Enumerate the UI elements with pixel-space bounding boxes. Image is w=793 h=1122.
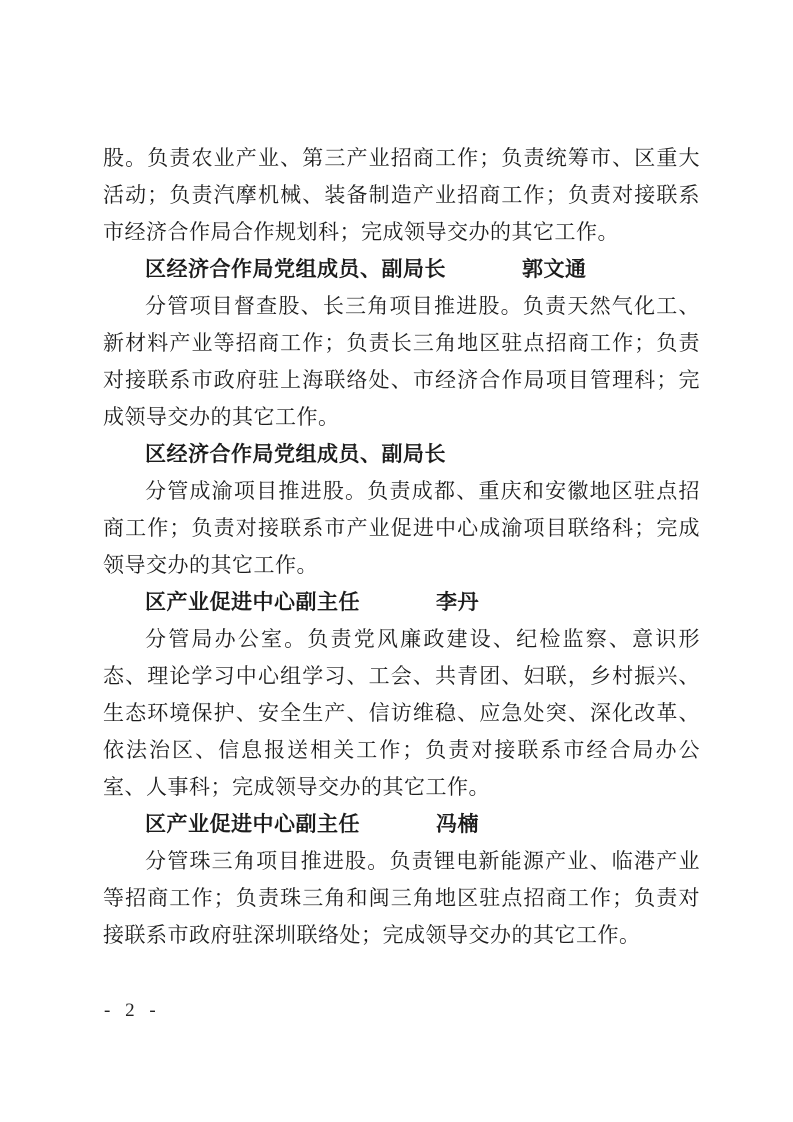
- document-body: 股。负责农业产业、第三产业招商工作；负责统筹市、区重大活动；负责汽摩机械、装备制…: [103, 140, 700, 954]
- section-body: 分管项目督查股、长三角项目推进股。负责天然气化工、新材料产业等招商工作；负责长三…: [103, 288, 700, 436]
- leader-name: 李丹: [394, 584, 479, 621]
- leader-title: 区经济合作局党组成员、副局长: [145, 258, 446, 281]
- section-body: 分管成渝项目推进股。负责成都、重庆和安徽地区驻点招商工作；负责对接联系市产业促进…: [103, 473, 700, 584]
- leader-title: 区产业促进中心副主任: [145, 813, 360, 836]
- leader-name: 郭文通: [480, 251, 587, 288]
- document-page: 股。负责农业产业、第三产业招商工作；负责统筹市、区重大活动；负责汽摩机械、装备制…: [0, 0, 793, 1122]
- leader-title: 区产业促进中心副主任: [145, 591, 360, 614]
- leader-name: 冯楠: [394, 806, 479, 843]
- section-body: 分管珠三角项目推进股。负责锂电新能源产业、临港产业等招商工作；负责珠三角和闽三角…: [103, 843, 700, 954]
- leader-title: 区经济合作局党组成员、副局长: [145, 443, 446, 466]
- page-number: - 2 -: [104, 1000, 161, 1022]
- section-heading: 区产业促进中心副主任李丹: [103, 584, 700, 621]
- section-heading: 区经济合作局党组成员、副局长郭文通: [103, 251, 700, 288]
- section-heading: 区经济合作局党组成员、副局长: [103, 436, 700, 473]
- continued-paragraph: 股。负责农业产业、第三产业招商工作；负责统筹市、区重大活动；负责汽摩机械、装备制…: [103, 140, 700, 251]
- section-heading: 区产业促进中心副主任冯楠: [103, 806, 700, 843]
- section-body: 分管局办公室。负责党风廉政建设、纪检监察、意识形态、理论学习中心组学习、工会、共…: [103, 621, 700, 806]
